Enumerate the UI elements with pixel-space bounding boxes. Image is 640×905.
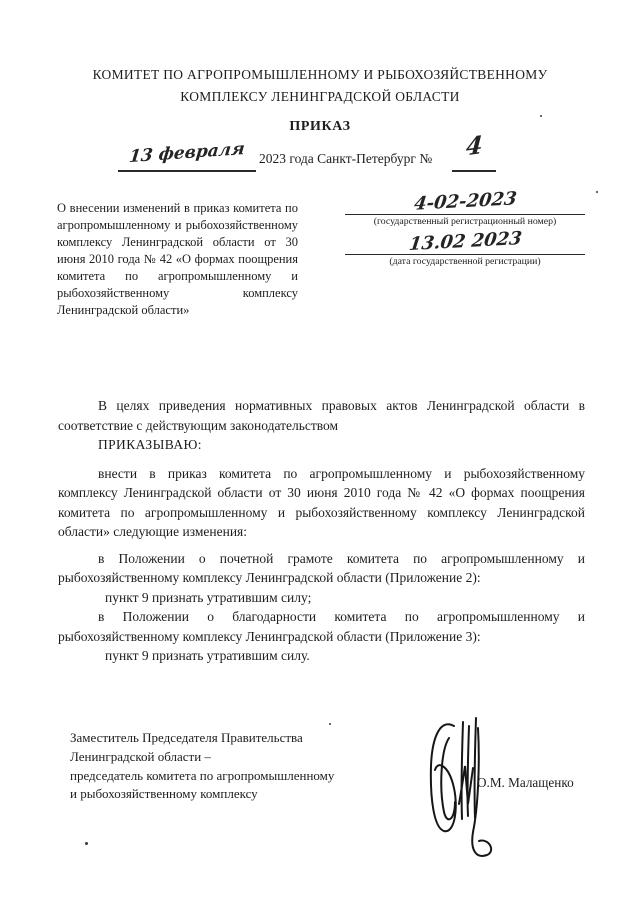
signatory-position: Заместитель Председателя Правительства Л… xyxy=(70,729,440,804)
amendment-item-2: в Положении о благодарности комитета по … xyxy=(58,607,585,646)
amendment-item-2-sub: пункт 9 признать утратившим силу. xyxy=(58,646,585,666)
org-name: КОМИТЕТ ПО АГРОПРОМЫШЛЕННОМУ И РЫБОХОЗЯЙ… xyxy=(0,64,640,108)
handwritten-order-number: 4 xyxy=(465,130,484,162)
scan-speck xyxy=(85,842,88,845)
org-name-line2: КОМПЛЕКСУ ЛЕНИНГРАДСКОЙ ОБЛАСТИ xyxy=(0,86,640,108)
amendment-intro-paragraph: внести в приказ комитета по агропромышле… xyxy=(58,464,585,542)
amendment-item-1-sub: пункт 9 признать утратившим силу; xyxy=(58,588,585,608)
registration-number-caption: (государственный регистрационный номер) xyxy=(345,215,585,228)
registration-number-field: 4-02-2023 xyxy=(345,189,585,215)
org-name-line1: КОМИТЕТ ПО АГРОПРОМЫШЛЕННОМУ И РЫБОХОЗЯЙ… xyxy=(0,64,640,86)
handwritten-date: 13 февраля xyxy=(128,139,246,167)
signatory-position-line2: Ленинградской области – xyxy=(70,748,440,767)
signatory-position-line4: и рыбохозяйственному комплексу xyxy=(70,785,440,804)
order-subject: О внесении изменений в приказ комитета п… xyxy=(57,200,298,319)
registration-block: 4-02-2023 (государственный регистрационн… xyxy=(345,189,585,268)
date-place-text: 2023 года Санкт-Петербург № xyxy=(259,151,432,167)
handwritten-number-field: 4 xyxy=(452,131,496,172)
handwritten-registration-date: 13.02 2023 xyxy=(407,227,523,257)
registration-date-entry: 13.02 2023 (дата государственной регистр… xyxy=(345,229,585,268)
handwritten-date-field: 13 февраля xyxy=(118,143,256,172)
document-page: КОМИТЕТ ПО АГРОПРОМЫШЛЕННОМУ И РЫБОХОЗЯЙ… xyxy=(0,0,640,905)
registration-date-field: 13.02 2023 xyxy=(345,229,585,255)
registration-date-caption: (дата государственной регистрации) xyxy=(345,255,585,268)
scan-speck xyxy=(540,115,542,117)
signatory-name: О.М. Малащенко xyxy=(477,775,574,791)
handwritten-registration-number: 4-02-2023 xyxy=(412,187,517,217)
body-intro-paragraph: В целях приведения нормативных правовых … xyxy=(58,396,585,435)
registration-number-entry: 4-02-2023 (государственный регистрационн… xyxy=(345,189,585,228)
order-word: ПРИКАЗЫВАЮ: xyxy=(58,435,585,455)
signatory-position-line1: Заместитель Председателя Правительства xyxy=(70,729,440,748)
scan-speck xyxy=(596,191,598,193)
amendment-item-1: в Положении о почетной грамоте комитета … xyxy=(58,549,585,588)
signatory-position-line3: председатель комитета по агропромышленно… xyxy=(70,767,440,786)
order-body: В целях приведения нормативных правовых … xyxy=(58,396,585,666)
scan-speck xyxy=(329,723,331,725)
doc-type-title: ПРИКАЗ xyxy=(0,119,640,135)
